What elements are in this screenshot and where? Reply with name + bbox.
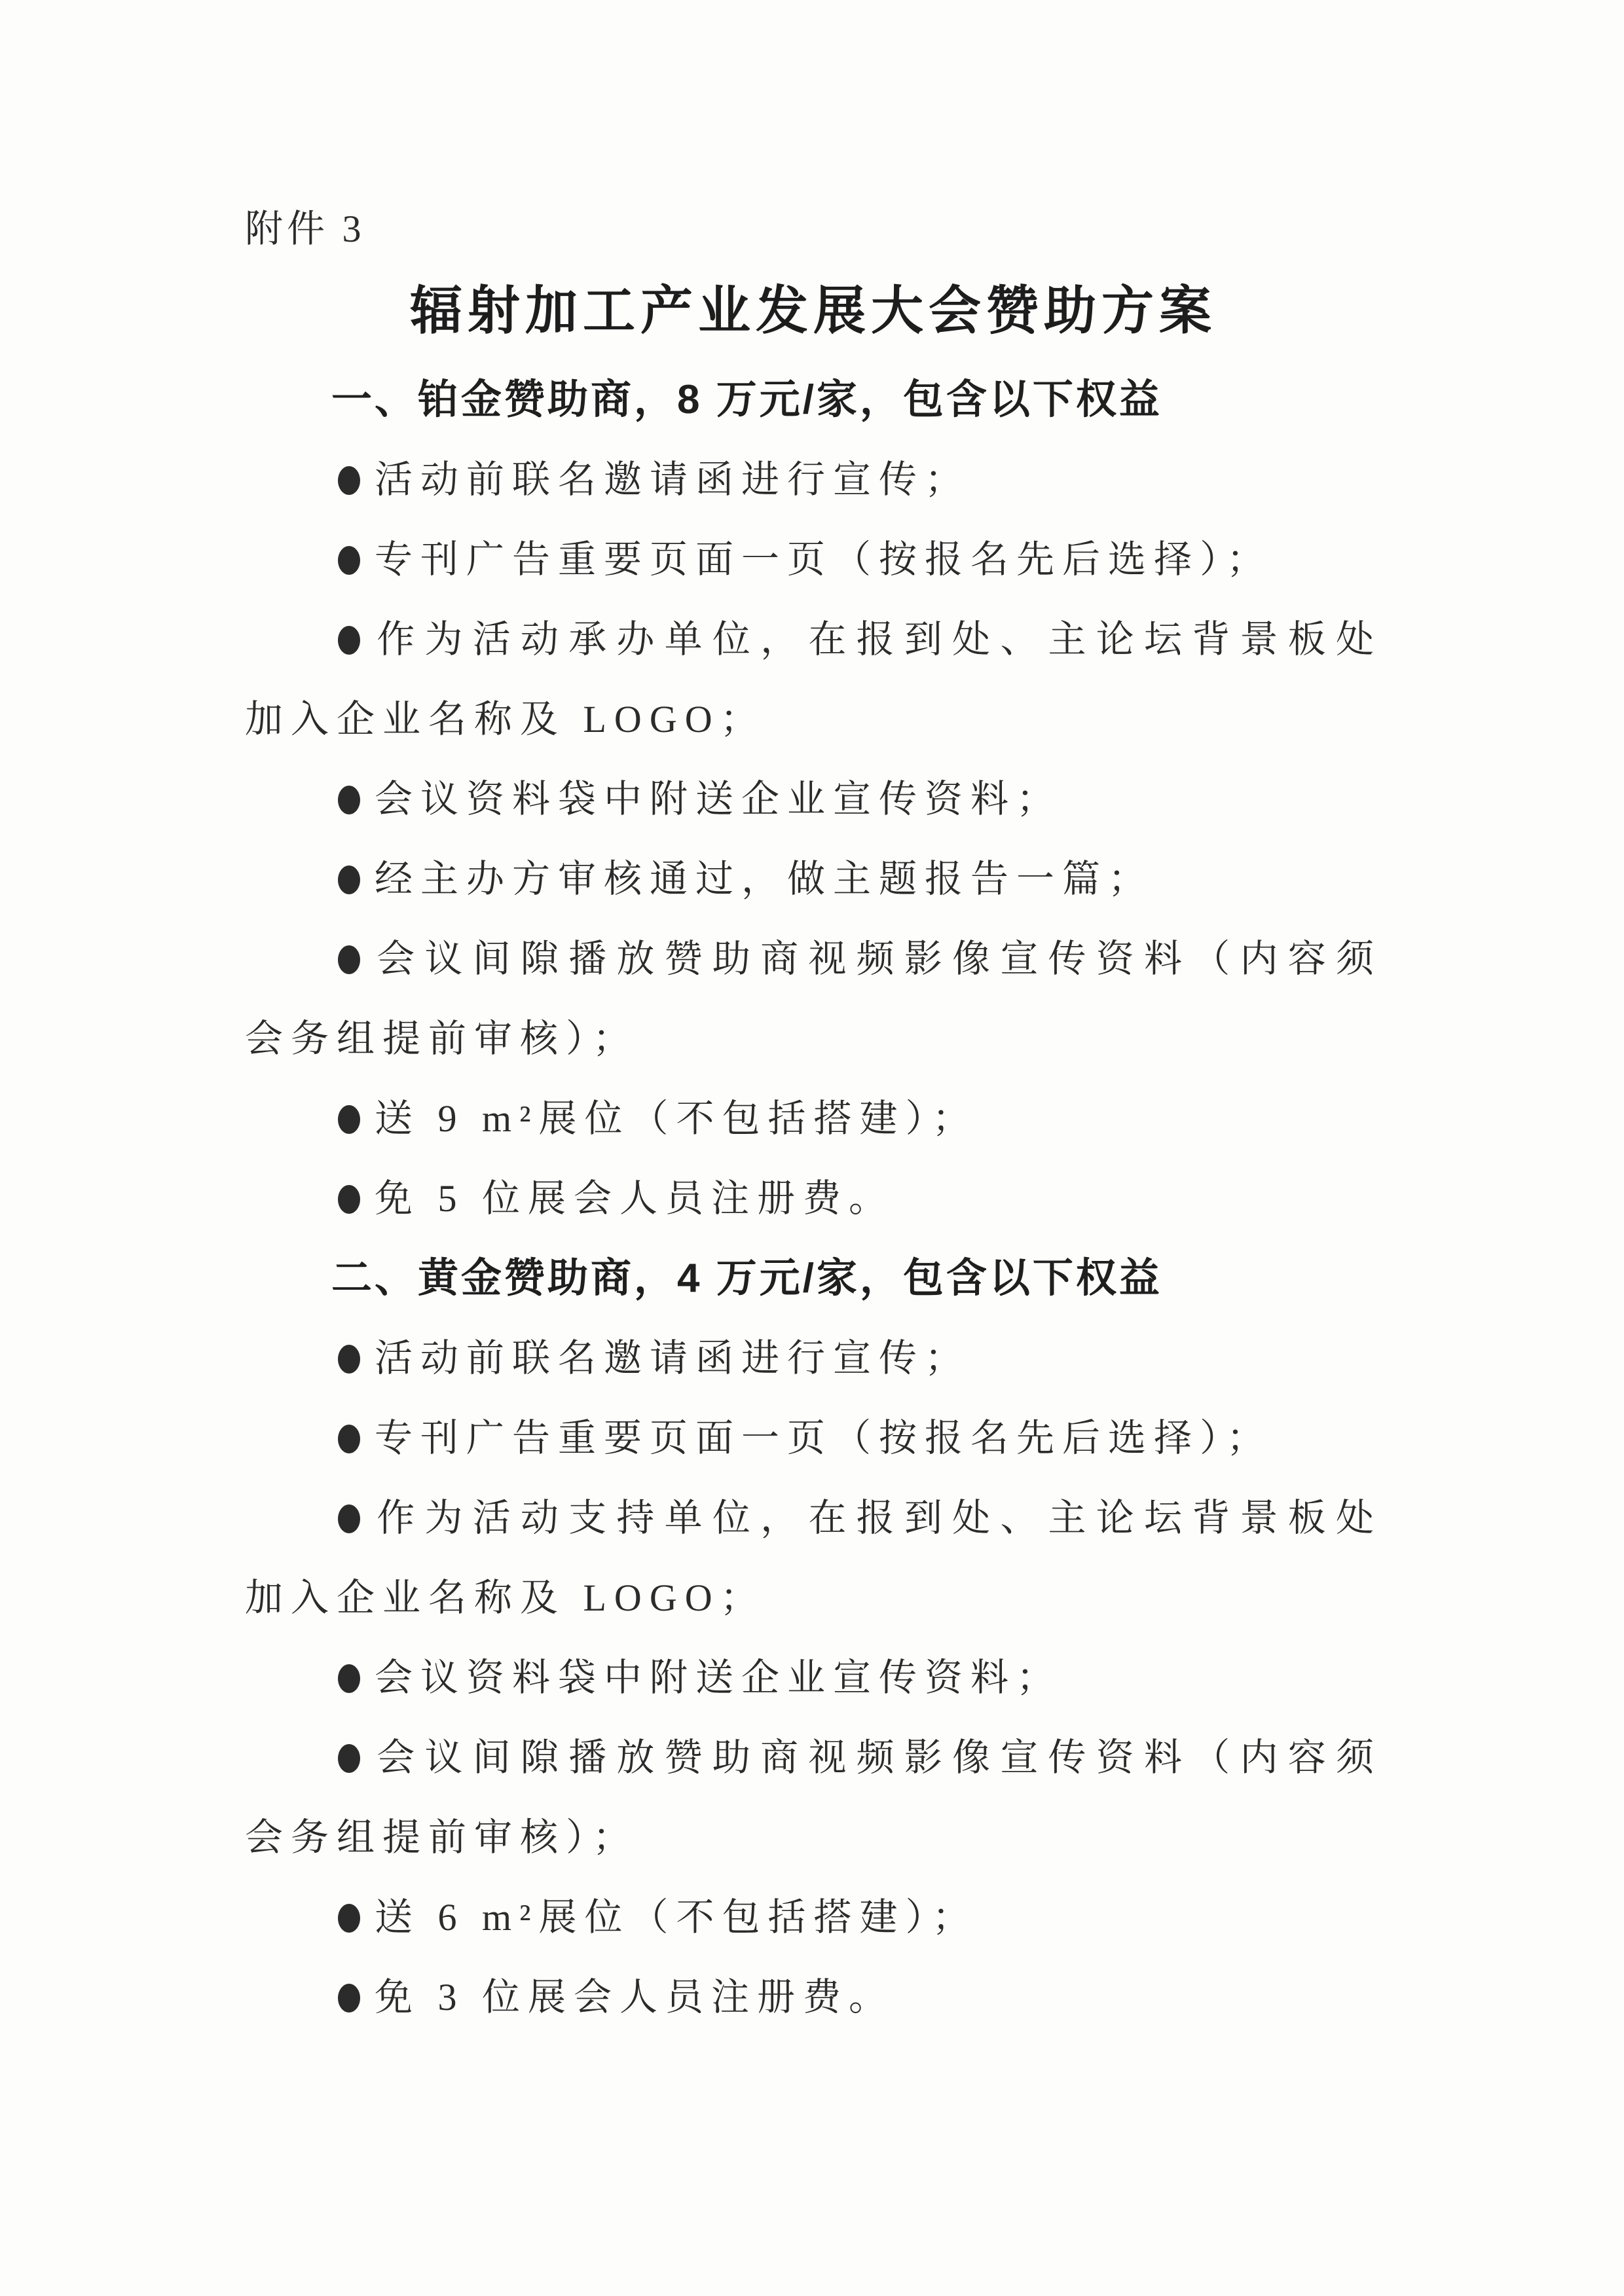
bullet-item: 专刊广告重要页面一页（按报名先后选择）； [245,1398,1382,1478]
section-heading-platinum: 一、铂金赞助商，8 万元/家，包含以下权益 [245,360,1382,440]
bullet-item: 免 5 位展会人员注册费。 [245,1159,1382,1239]
bullet-text: 作为活动承办单位，在报到处、主论坛背景板处加入企业名称及 LOGO； [245,618,1382,740]
bullet-item: 免 3 位展会人员注册费。 [245,1958,1382,2037]
bullet-dot-icon [338,1744,360,1773]
section-gold-sponsor: 二、黄金赞助商，4 万元/家，包含以下权益 活动前联名邀请函进行宣传； 专刊广告… [245,1239,1382,2037]
bullet-item: 活动前联名邀请函进行宣传； [245,440,1382,520]
bullet-text: 活动前联名邀请函进行宣传； [375,1337,970,1379]
bullet-text: 活动前联名邀请函进行宣传； [375,458,970,501]
bullet-dot-icon [338,1664,360,1693]
bullet-item: 作为活动承办单位，在报到处、主论坛背景板处加入企业名称及 LOGO； [245,600,1382,759]
document-title: 辐射加工产业发展大会赞助方案 [245,262,1382,360]
bullet-text: 会议间隙播放赞助商视频影像宣传资料（内容须会务组提前审核）； [245,1736,1382,1859]
bullet-dot-icon [338,1904,360,1933]
document-page: 附件 3 辐射加工产业发展大会赞助方案 一、铂金赞助商，8 万元/家，包含以下权… [0,0,1624,2296]
bullet-item: 会议间隙播放赞助商视频影像宣传资料（内容须会务组提前审核）； [245,919,1382,1079]
bullet-dot-icon [338,1105,360,1134]
bullet-item: 专刊广告重要页面一页（按报名先后选择）； [245,520,1382,600]
bullet-text: 会议间隙播放赞助商视频影像宣传资料（内容须会务组提前审核）； [245,938,1382,1060]
section-platinum-sponsor: 一、铂金赞助商，8 万元/家，包含以下权益 活动前联名邀请函进行宣传； 专刊广告… [245,360,1382,1239]
bullet-item: 会议间隙播放赞助商视频影像宣传资料（内容须会务组提前审核）； [245,1718,1382,1878]
bullet-dot-icon [338,786,360,814]
bullet-dot-icon [338,945,360,974]
bullet-item: 作为活动支持单位，在报到处、主论坛背景板处加入企业名称及 LOGO； [245,1478,1382,1638]
bullet-dot-icon [338,1425,360,1453]
bullet-dot-icon [338,1984,360,2013]
bullet-text: 送 9 m²展位（不包括搭建）； [375,1097,978,1140]
bullet-text: 作为活动支持单位，在报到处、主论坛背景板处加入企业名称及 LOGO； [245,1497,1382,1619]
bullet-item: 经主办方审核通过，做主题报告一篇； [245,839,1382,919]
bullet-text: 会议资料袋中附送企业宣传资料； [375,778,1062,820]
bullet-dot-icon [338,466,360,495]
bullet-dot-icon [338,1345,360,1374]
bullet-text: 专刊广告重要页面一页（按报名先后选择）； [375,1417,1272,1459]
bullet-item: 会议资料袋中附送企业宣传资料； [245,1638,1382,1718]
bullet-dot-icon [338,546,360,575]
bullet-dot-icon [338,626,360,655]
bullet-dot-icon [338,1185,360,1214]
bullet-text: 经主办方审核通过，做主题报告一篇； [375,858,1154,900]
bullet-text: 会议资料袋中附送企业宣传资料； [375,1656,1062,1699]
document-content: 附件 3 辐射加工产业发展大会赞助方案 一、铂金赞助商，8 万元/家，包含以下权… [245,196,1382,2037]
bullet-item: 活动前联名邀请函进行宣传； [245,1319,1382,1398]
bullet-text: 专刊广告重要页面一页（按报名先后选择）； [375,538,1272,581]
bullet-item: 送 6 m²展位（不包括搭建）； [245,1878,1382,1958]
bullet-item: 会议资料袋中附送企业宣传资料； [245,759,1382,839]
bullet-text: 送 6 m²展位（不包括搭建）； [375,1896,978,1939]
bullet-dot-icon [338,866,360,894]
bullet-text: 免 3 位展会人员注册费。 [375,1976,895,2018]
bullet-dot-icon [338,1504,360,1533]
section-heading-gold: 二、黄金赞助商，4 万元/家，包含以下权益 [245,1239,1382,1319]
bullet-item: 送 9 m²展位（不包括搭建）； [245,1079,1382,1159]
bullet-text: 免 5 位展会人员注册费。 [375,1177,895,1220]
attachment-label: 附件 3 [245,196,1382,262]
